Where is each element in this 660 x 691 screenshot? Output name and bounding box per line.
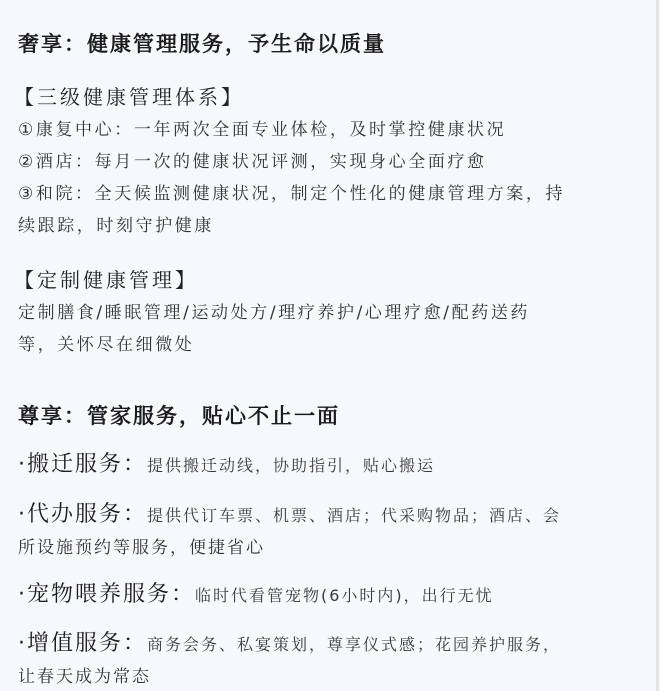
- health-system-line-4: 续跟踪，时刻守护健康: [18, 211, 214, 236]
- service-item-errands: ·代办服务：提供代订车票、机票、酒店；代采购物品；酒店、会: [18, 497, 561, 528]
- service-value-added-cont: 让春天成为常态: [18, 662, 151, 687]
- custom-health-line-2: 等，关怀尽在细微处: [18, 330, 194, 355]
- service-item-moving: ·搬迁服务：提供搬迁动线，协助指引，贴心搬运: [18, 447, 435, 478]
- service-label: ·代办服务：: [18, 502, 147, 527]
- service-item-value-added: ·增值服务：商务会务、私宴策划，尊享仪式感；花园养护服务，: [18, 626, 561, 657]
- health-system-line-3: ③和院：全天候监测健康状况，制定个性化的健康管理方案，持: [18, 179, 565, 204]
- health-system-line-1: ①康复中心：一年两次全面专业体检，及时掌控健康状况: [18, 115, 506, 140]
- service-label: ·增值服务：: [18, 631, 147, 656]
- service-errands-cont: 所设施预约等服务，便捷省心: [18, 533, 265, 558]
- service-label: ·搬迁服务：: [18, 452, 147, 477]
- health-system-line-2: ②酒店：每月一次的健康状况评测，实现身心全面疗愈: [18, 147, 487, 172]
- custom-health-line-1: 定制膳食/睡眠管理/运动处方/理疗养护/心理疗愈/配药送药: [18, 298, 530, 323]
- service-desc: 临时代看管宠物(6小时内)，出行无忧: [195, 586, 494, 605]
- subsection-heading-custom-health: 【定制健康管理】: [14, 264, 198, 293]
- service-desc: 提供搬迁动线，协助指引，贴心搬运: [147, 456, 435, 475]
- service-desc: 提供代订车票、机票、酒店；代采购物品；酒店、会: [147, 506, 561, 525]
- section-title-luxury-health: 奢享：健康管理服务，予生命以质量: [18, 28, 386, 58]
- subsection-heading-health-system: 【三级健康管理体系】: [14, 81, 244, 110]
- section-title-butler-service: 尊享：管家服务，贴心不止一面: [18, 400, 340, 430]
- service-desc: 商务会务、私宴策划，尊享仪式感；花园养护服务，: [147, 635, 561, 654]
- document-page: 奢享：健康管理服务，予生命以质量 【三级健康管理体系】 ①康复中心：一年两次全面…: [0, 0, 659, 691]
- service-label: ·宠物喂养服务：: [18, 582, 195, 607]
- service-item-pet-care: ·宠物喂养服务：临时代看管宠物(6小时内)，出行无忧: [18, 577, 494, 608]
